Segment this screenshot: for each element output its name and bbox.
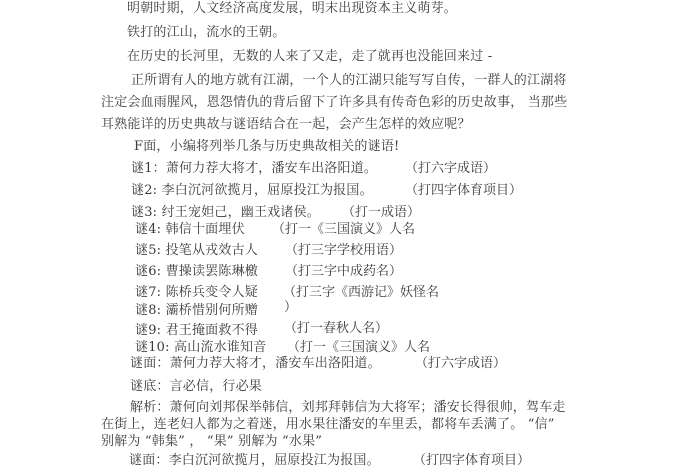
intro-line-5: 注定会血雨腥风，恩怨情仇的背后留下了许多具有传奇色彩的历史故事， 当那些: [101, 95, 567, 111]
riddle-8: 谜8: 灞桥惜别何所赠: [135, 303, 258, 319]
riddle-7-hint: （打三字《西游记》妖怪名: [283, 285, 439, 301]
riddle-10-hint: （打一《三国演义》人名: [287, 340, 430, 356]
riddle-10: 谜10: 高山流水谁知音: [135, 340, 266, 356]
riddle-1-hint: （打六字成语）: [405, 161, 496, 177]
answer2-face: 谜面：李白沉河欲揽月，屈原投江为报国。: [129, 453, 380, 469]
intro-line-4: 正所谓有人的地方就有江湖，一个人的江湖只能写写自传，一群人的江湖将: [131, 73, 567, 89]
riddle-5-hint: （打三字学校用语）: [285, 243, 402, 259]
answer1-face-hint: （打六字成语）: [415, 356, 506, 372]
intro-line-2: 铁打的江山，流水的王朝。: [127, 25, 285, 41]
riddle-8-hint: ）: [284, 300, 297, 316]
intro-line-1: 明朝时期，人文经济高度发展，明末出现资本主义萌芽。: [127, 1, 457, 17]
riddle-5: 谜5: 投笔从戎效古人: [135, 243, 258, 259]
answer2-face-hint: （打四字体育项目）: [413, 453, 530, 469]
riddle-9-hint: （打一春秋人名）: [284, 321, 388, 337]
riddle-3: 谜3: 纣王宠妲己，幽王戏诸侯。: [131, 205, 320, 221]
answer1-analysis-2: 在街上，连老妇人都为之着迷，用水果往潘安的车里丢，都将车丢满了。 “信”: [101, 417, 555, 433]
answer1-analysis-1: 解析：萧何向刘邦保举韩信，刘邦拜韩信为大将军；潘安长得很帅，驾车走: [130, 400, 566, 416]
riddle-7: 谜7: 陈桥兵变令人疑: [135, 285, 258, 301]
document-page: 明朝时期，人文经济高度发展，明末出现资本主义萌芽。 铁打的江山，流水的王朝。 在…: [0, 0, 700, 470]
riddle-2-hint: （打四字体育项目）: [405, 183, 522, 199]
answer1-analysis-3: 别解为 “韩集” ， “果” 别解为 “水果”: [101, 434, 322, 450]
riddle-4-hint: （打一《三国演义》人名: [272, 222, 415, 238]
intro-line-7: F面，小编将列举几条与历史典故相关的谜语!: [134, 139, 399, 155]
riddle-2: 谜2: 李白沉河欲揽月，屈原投江为报国。: [131, 183, 373, 199]
riddle-9: 谜9: 君王掩面救不得: [135, 323, 258, 339]
riddle-6: 谜6: 曹操读罢陈琳檄: [135, 264, 258, 280]
riddle-4: 谜4: 韩信十面埋伏: [135, 222, 245, 238]
riddle-3-hint: （打一成语）: [342, 205, 420, 221]
intro-line-6: 耳熟能详的历史典故与谜语结合在一起，会产生怎样的效应呢？: [101, 117, 471, 133]
answer1-bottom: 谜底：言必信，行必果: [130, 379, 262, 395]
riddle-1: 谜1：萧何力荐大将才，潘安车出洛阳道。: [131, 161, 377, 177]
answer1-face: 谜面：萧何力荐大将才，潘安车出洛阳道。: [130, 356, 381, 372]
riddle-6-hint: （打三字中成药名）: [285, 264, 402, 280]
intro-line-3: 在历史的长河里，无数的人来了又走，走了就再也没能回来过 -: [127, 49, 492, 65]
